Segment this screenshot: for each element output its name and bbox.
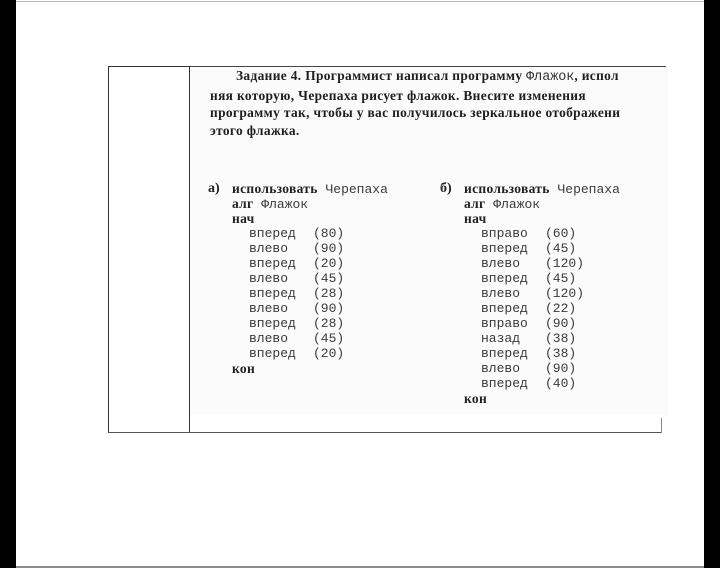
- command-name: влево: [481, 361, 545, 376]
- table-right-border: [661, 418, 662, 433]
- command-line: назад(38): [464, 331, 620, 346]
- alg-line: алг Флажок: [232, 196, 388, 211]
- command-line: вправо(90): [464, 316, 620, 331]
- keyword-alg: алг: [464, 196, 485, 211]
- command-line: влево(45): [232, 271, 388, 286]
- command-name: назад: [481, 331, 545, 346]
- command-argument: (120): [545, 256, 584, 271]
- page-top-border: [16, 1, 704, 2]
- scanned-task-image: Задание 4. Программист написал программу…: [190, 67, 668, 415]
- command-argument: (45): [313, 331, 344, 346]
- command-line: вперед(28): [232, 316, 388, 331]
- command-argument: (90): [545, 361, 576, 376]
- command-line: вперед(22): [464, 301, 620, 316]
- command-name: вперед: [249, 346, 313, 361]
- command-argument: (90): [313, 241, 344, 256]
- end-line: кон: [464, 391, 620, 406]
- command-line: влево(90): [232, 241, 388, 256]
- command-line: вправо(60): [464, 226, 620, 241]
- command-name: вперед: [481, 346, 545, 361]
- end-line: кон: [232, 361, 388, 376]
- command-name: вперед: [481, 271, 545, 286]
- command-line: вперед(45): [464, 271, 620, 286]
- alg-line: алг Флажок: [464, 196, 620, 211]
- use-line: использовать Черепаха: [232, 181, 388, 196]
- command-name: вправо: [481, 226, 545, 241]
- executor-name: Черепаха: [325, 182, 387, 197]
- begin-line: нач: [232, 211, 388, 226]
- table-left-border: [108, 66, 109, 433]
- command-argument: (80): [313, 226, 344, 241]
- command-name: вперед: [481, 241, 545, 256]
- task-line: этого флажка.: [210, 122, 668, 140]
- command-name: вперед: [481, 301, 545, 316]
- command-name: влево: [249, 301, 313, 316]
- command-argument: (45): [545, 271, 576, 286]
- keyword-end: кон: [464, 391, 487, 406]
- keyword-use: использовать: [232, 181, 318, 196]
- command-line: вперед(20): [232, 256, 388, 271]
- command-argument: (28): [313, 316, 344, 331]
- task-line: няя которую, Черепаха рисует флажок. Вне…: [210, 87, 668, 105]
- command-name: вперед: [249, 316, 313, 331]
- page: Задание 4. Программист написал программу…: [16, 0, 704, 568]
- command-name: влево: [481, 286, 545, 301]
- executor-name: Черепаха: [557, 182, 619, 197]
- command-name: влево: [249, 241, 313, 256]
- command-line: влево(90): [232, 301, 388, 316]
- command-argument: (20): [313, 346, 344, 361]
- command-argument: (22): [545, 301, 576, 316]
- command-line: вперед(40): [464, 376, 620, 391]
- command-line: влево(45): [232, 331, 388, 346]
- command-argument: (45): [313, 271, 344, 286]
- command-argument: (40): [545, 376, 576, 391]
- program-name: Флажок: [526, 70, 574, 85]
- program-body: использовать Черепахаалг Флажокначвперед…: [232, 181, 388, 376]
- command-line: вперед(20): [232, 346, 388, 361]
- keyword-begin: нач: [464, 211, 487, 226]
- command-name: вперед: [249, 286, 313, 301]
- command-name: вперед: [249, 256, 313, 271]
- command-name: вперед: [249, 226, 313, 241]
- task-statement: Задание 4. Программист написал программу…: [210, 67, 668, 139]
- command-argument: (28): [313, 286, 344, 301]
- command-argument: (90): [313, 301, 344, 316]
- task-line: Задание 4. Программист написал программу…: [210, 67, 668, 87]
- program-label: б): [440, 181, 452, 196]
- command-name: вперед: [481, 376, 545, 391]
- command-argument: (45): [545, 241, 576, 256]
- keyword-use: использовать: [464, 181, 550, 196]
- keyword-alg: алг: [232, 196, 253, 211]
- command-name: вправо: [481, 316, 545, 331]
- command-argument: (120): [545, 286, 584, 301]
- command-name: влево: [249, 271, 313, 286]
- algorithm-name: Флажок: [493, 197, 540, 212]
- command-line: вперед(45): [464, 241, 620, 256]
- command-line: влево(120): [464, 256, 620, 271]
- program-label: а): [208, 181, 220, 196]
- command-argument: (20): [313, 256, 344, 271]
- command-line: вперед(80): [232, 226, 388, 241]
- command-name: влево: [481, 256, 545, 271]
- command-line: влево(90): [464, 361, 620, 376]
- task-line: программу так, чтобы у вас получилось зе…: [210, 104, 668, 122]
- begin-line: нач: [464, 211, 620, 226]
- algorithm-name: Флажок: [261, 197, 308, 212]
- command-argument: (38): [545, 331, 576, 346]
- command-argument: (38): [545, 346, 576, 361]
- table-bottom-border: [108, 432, 662, 433]
- table-top-border-left: [108, 66, 190, 67]
- command-argument: (60): [545, 226, 576, 241]
- task-heading: Задание 4.: [236, 68, 302, 83]
- keyword-begin: нач: [232, 211, 255, 226]
- program-body: использовать Черепахаалг Флажокначвправо…: [464, 181, 620, 406]
- keyword-end: кон: [232, 361, 255, 376]
- command-line: вперед(28): [232, 286, 388, 301]
- command-line: вперед(38): [464, 346, 620, 361]
- command-argument: (90): [545, 316, 576, 331]
- command-name: влево: [249, 331, 313, 346]
- command-line: влево(120): [464, 286, 620, 301]
- use-line: использовать Черепаха: [464, 181, 620, 196]
